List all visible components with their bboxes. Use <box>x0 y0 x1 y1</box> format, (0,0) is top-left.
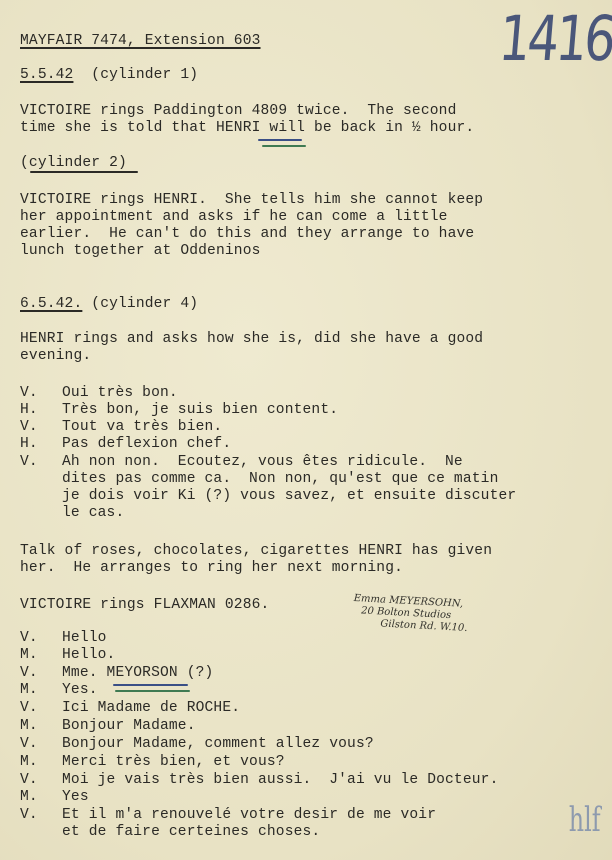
utterance: Moi je vais très bien aussi. J'ai vu le … <box>62 772 498 788</box>
utterance: Pas deflexion chef. <box>62 436 231 452</box>
speaker: M. <box>20 647 62 664</box>
dialogue-line: M.Hello. <box>20 647 115 664</box>
utterance: Bonjour Madame, comment allez vous? <box>62 736 374 752</box>
dialogue-line: M.Yes <box>20 789 89 806</box>
document-page: 1416 MAYFAIR 7474, Extension 603 5.5.42 … <box>0 0 612 860</box>
summary-line: HENRI rings and asks how she is, did she… <box>20 331 483 348</box>
dialogue-line: V.Ah non non. Ecoutez, vous êtes ridicul… <box>20 454 463 471</box>
cylinder-label: (cylinder 1) <box>91 67 198 83</box>
speaker: M. <box>20 789 62 806</box>
dialogue-line: V.Mme. MEYORSON (?) <box>20 665 213 682</box>
utterance: Très bon, je suis bien content. <box>62 402 338 418</box>
summary-line: evening. <box>20 348 91 365</box>
section-heading: 5.5.42 (cylinder 1) <box>20 67 198 84</box>
dialogue-line: H.Très bon, je suis bien content. <box>20 402 338 419</box>
dialogue-line: M.Bonjour Madame. <box>20 718 196 735</box>
underline <box>30 171 138 173</box>
speaker: V. <box>20 385 62 402</box>
dialogue-line: dites pas comme ca. Non non, qu'est que … <box>20 471 498 488</box>
speaker: M. <box>20 754 62 771</box>
summary-line: Talk of roses, chocolates, cigarettes HE… <box>20 543 492 560</box>
cylinder-label: (cylinder 2) <box>20 155 127 172</box>
summary-line: lunch together at Oddeninos <box>20 243 261 260</box>
speaker: H. <box>20 402 62 419</box>
utterance: je dois voir Ki (?) vous savez, et ensui… <box>62 488 516 504</box>
utterance: Oui très bon. <box>62 385 178 401</box>
utterance: Mme. MEYORSON (?) <box>62 665 213 681</box>
speaker: V. <box>20 665 62 682</box>
dialogue-line: V.Oui très bon. <box>20 385 178 402</box>
cylinder-label: (cylinder 4) <box>91 296 198 312</box>
dialogue-line: et de faire certeines choses. <box>20 824 320 841</box>
utterance: Hello <box>62 630 107 646</box>
speaker: M. <box>20 718 62 735</box>
speaker: V. <box>20 736 62 753</box>
speaker: V. <box>20 419 62 436</box>
utterance: Merci très bien, et vous? <box>62 754 285 770</box>
dialogue-line: H.Pas deflexion chef. <box>20 436 231 453</box>
utterance: dites pas comme ca. Non non, qu'est que … <box>62 471 498 487</box>
utterance: Yes. <box>62 682 98 698</box>
pen-underline <box>258 139 302 141</box>
utterance: Ah non non. Ecoutez, vous êtes ridicule.… <box>62 454 463 470</box>
handwritten-note: Emma MEYERSOHN,20 Bolton StudiosGilston … <box>352 593 469 635</box>
summary-line: her. He arranges to ring her next mornin… <box>20 560 403 577</box>
dialogue-line: je dois voir Ki (?) vous savez, et ensui… <box>20 488 516 505</box>
utterance: le cas. <box>62 505 124 521</box>
summary-line: VICTOIRE rings Paddington 4809 twice. Th… <box>20 103 456 120</box>
summary-line: her appointment and asks if he can come … <box>20 209 448 226</box>
dialogue-line: M.Merci très bien, et vous? <box>20 754 285 771</box>
pen-underline <box>113 684 188 686</box>
utterance: Et il m'a renouvelé votre desir de me vo… <box>62 807 436 823</box>
dialogue-line: M.Yes. <box>20 682 98 699</box>
speaker: V. <box>20 630 62 647</box>
speaker: V. <box>20 807 62 824</box>
utterance: Bonjour Madame. <box>62 718 196 734</box>
dialogue-line: V.Tout va très bien. <box>20 419 222 436</box>
pen-underline <box>115 690 190 692</box>
dialogue-line: V.Ici Madame de ROCHE. <box>20 700 240 717</box>
speaker: H. <box>20 436 62 453</box>
dialogue-line: V.Moi je vais très bien aussi. J'ai vu l… <box>20 772 498 789</box>
summary-line: earlier. He can't do this and they arran… <box>20 226 474 243</box>
dialogue-line: le cas. <box>20 505 124 522</box>
handwritten-initials: hlf <box>569 800 601 840</box>
section-heading: 6.5.42. (cylinder 4) <box>20 296 198 313</box>
utterance: et de faire certeines choses. <box>62 824 320 840</box>
dialogue-line: V.Bonjour Madame, comment allez vous? <box>20 736 374 753</box>
summary-line: VICTOIRE rings FLAXMAN 0286. <box>20 597 269 614</box>
handwritten-file-number: 1416 <box>496 2 612 75</box>
utterance: Yes <box>62 789 89 805</box>
utterance: Tout va très bien. <box>62 419 222 435</box>
section-date: 6.5.42. <box>20 296 82 312</box>
dialogue-line: V.Hello <box>20 630 107 647</box>
speaker: V. <box>20 772 62 789</box>
speaker: V. <box>20 700 62 717</box>
summary-line: time she is told that HENRI will be back… <box>20 120 474 137</box>
utterance: Ici Madame de ROCHE. <box>62 700 240 716</box>
section-date: 5.5.42 <box>20 67 73 83</box>
dialogue-line: V.Et il m'a renouvelé votre desir de me … <box>20 807 436 824</box>
pen-underline <box>262 145 306 147</box>
summary-line: VICTOIRE rings HENRI. She tells him she … <box>20 192 483 209</box>
speaker: V. <box>20 454 62 471</box>
document-header: MAYFAIR 7474, Extension 603 <box>20 33 261 50</box>
speaker: M. <box>20 682 62 699</box>
utterance: Hello. <box>62 647 115 663</box>
